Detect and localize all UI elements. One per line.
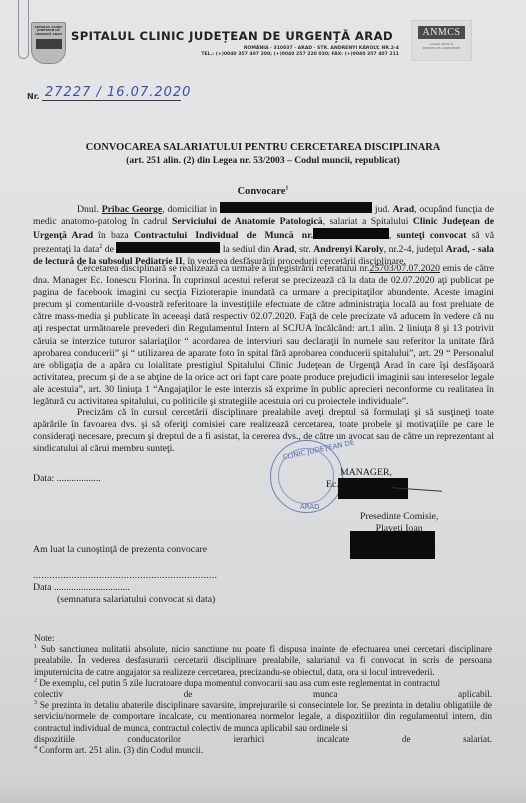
date-field: Data: .................. [33, 473, 101, 484]
anmcs-text-2: PROCES DE ACREDITARE [412, 46, 471, 50]
footnote-4: 4 Conform art. 251 alin. (3) din Codul m… [34, 745, 492, 756]
hospital-logo: SPITALUL CLINIC JUDEȚEAN DE URGENȚĂ ARAD [31, 22, 66, 64]
document-subtitle: (art. 251 alin. (2) din Legea nr. 53/200… [0, 155, 526, 166]
paragraph-rights: Precizăm că în cursul cercetării discipl… [33, 407, 494, 455]
footnote-2-continuation: colectiv de munca aplicabil. [34, 689, 492, 700]
anmcs-logo: ANMCS [418, 26, 465, 39]
notes-label: Note: [34, 633, 492, 644]
stamp-text-bottom: ARAD [300, 503, 320, 511]
ack-caption: (semnatura salariatului convocat si data… [33, 594, 217, 606]
paragraph-summons: Dnul. Pribac George, domiciliat in jud. … [33, 202, 494, 268]
acknowledgement-block: Am luat la cunoştinţă de prezenta convoc… [33, 544, 217, 606]
president-title: Presedinte Comisie, [360, 511, 438, 523]
acknowledgement-text: Am luat la cunoştinţă de prezenta convoc… [33, 544, 217, 556]
footnotes: Note: 1 Sub sanctiunea nulitatii absolut… [34, 633, 492, 756]
referral-number: 25703/07.07.2020 [369, 263, 440, 274]
redacted-president-signature [350, 531, 435, 559]
document-title: CONVOCAREA SALARIATULUI PENTRU CERCETARE… [0, 142, 526, 154]
paragraph-grounds: Cercetarea disciplinară se realizează ca… [33, 263, 494, 408]
signature-line: ........................................… [33, 570, 217, 582]
footnote-3-continuation: dispozitiile conducatorilor ierarhici in… [34, 734, 492, 745]
employee-name: Pribac George [102, 204, 162, 215]
registration-number-handwritten: 27227 / 16.07.2020 [42, 85, 181, 101]
redacted-date [116, 242, 220, 253]
hospital-name: SPITALUL CLINIC JUDEȚEAN DE URGENȚĂ ARAD [71, 29, 393, 43]
hospital-logo-text: SPITALUL CLINIC JUDEȚEAN DE URGENȚĂ ARAD [32, 26, 65, 36]
footnote-3: 3 Se prezinta in detaliu abaterile disci… [34, 700, 492, 734]
redacted-address [220, 202, 372, 213]
footnote-2: 2 De exemplu, cel putin 5 zile lucratoar… [34, 678, 492, 689]
paper-shadow [0, 780, 526, 803]
logo-cross-band [36, 39, 62, 49]
contact-line: TEL.: (+)0040 357 407 200; (+)0040 257 2… [201, 52, 399, 58]
manager-title: MANAGER, [322, 467, 392, 479]
paper-clip [18, 0, 29, 59]
convocation-heading: Convocare1 [0, 186, 526, 197]
footnote-1: 1 Sub sanctiunea nulitatii absolute, nic… [34, 644, 492, 678]
ack-date-field: Data ............................... [33, 582, 217, 594]
hospital-contact: ROMÂNIA · 310037 · ARAD · STR. ANDRENYI … [201, 46, 399, 59]
footnote-ref: 1 [285, 186, 288, 192]
heading-text: Convocare [238, 186, 286, 197]
anmcs-badge: ANMCS unitate aflată în PROCES DE ACREDI… [411, 20, 472, 61]
redacted-contract-number [313, 228, 389, 239]
registration-label: Nr. [27, 92, 40, 101]
